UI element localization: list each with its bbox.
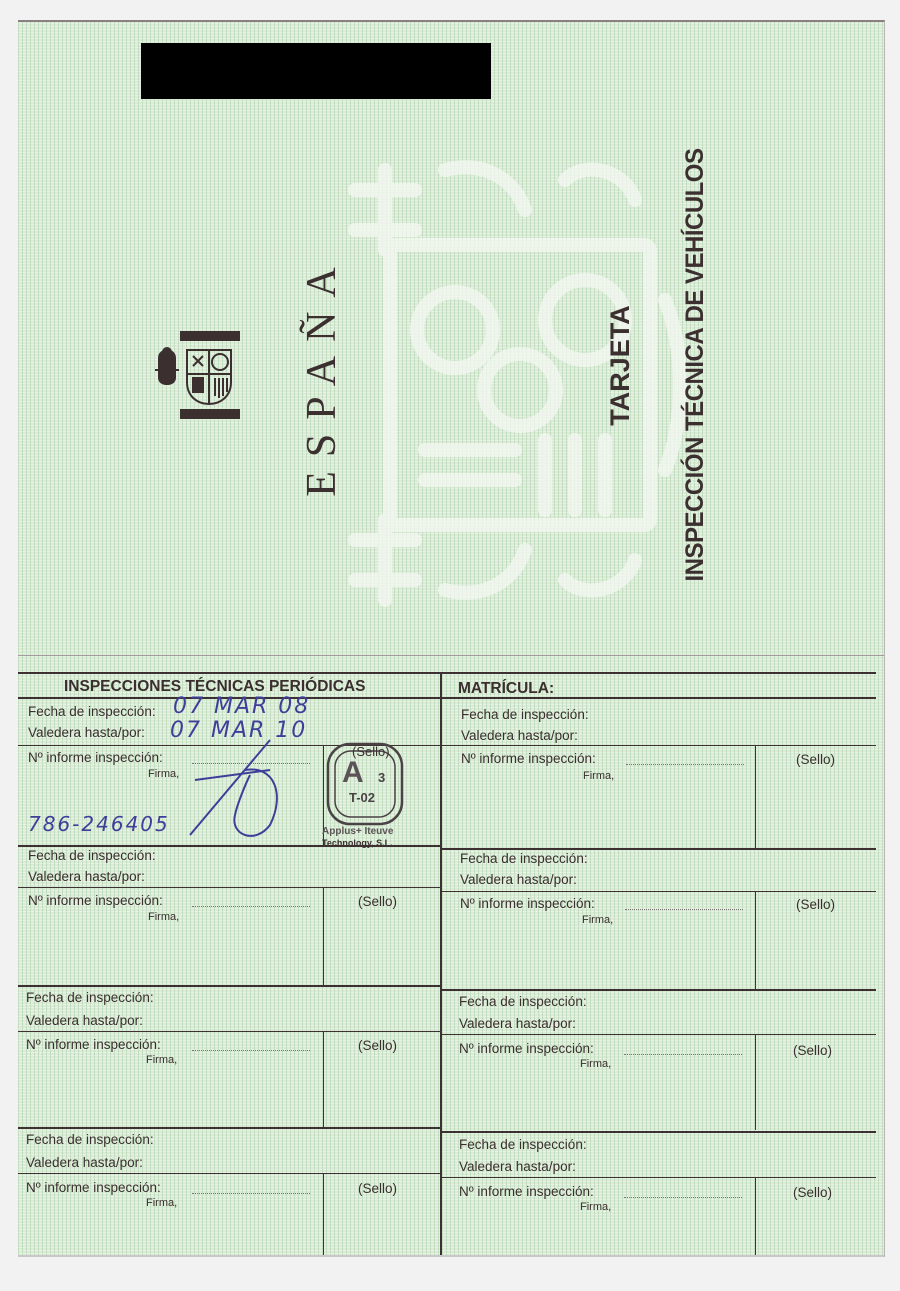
inspection-date-label: Fecha de inspección: [26, 990, 154, 1005]
stamp-code: T-02 [349, 790, 375, 805]
fold-line [18, 655, 884, 660]
valid-until-label: Valedera hasta/por: [26, 1155, 143, 1170]
card-subtitle-text: INSPECCIÓN TÉCNICA DE VEHÍCULOS [680, 149, 709, 582]
coat-of-arms-watermark [335, 150, 700, 620]
card-bottom-edge [18, 1255, 884, 1257]
signature-label: Firma, [582, 914, 613, 926]
inspection-date-label: Fecha de inspección: [26, 1132, 154, 1147]
country-text: ESPAÑA [298, 253, 346, 497]
grid-line [18, 985, 442, 987]
grid-line [440, 989, 876, 991]
seal-label: (Sello) [793, 1185, 832, 1200]
grid-line [440, 891, 876, 892]
signature-label: Firma, [580, 1201, 611, 1213]
grid-line [440, 1177, 876, 1178]
seal-label: (Sello) [796, 752, 835, 767]
seal-label: (Sello) [358, 1181, 397, 1196]
grid-line [440, 1034, 876, 1035]
report-number-dots[interactable] [624, 1197, 742, 1198]
seal-label: (Sello) [358, 1038, 397, 1053]
report-number-dots[interactable] [192, 906, 310, 907]
signature-label: Firma, [583, 770, 614, 782]
inspection-date-label: Fecha de inspección: [459, 994, 587, 1009]
coat-of-arms-icon [153, 330, 247, 420]
report-number-dots[interactable] [192, 1193, 310, 1194]
valid-until-label: Valedera hasta/por: [28, 725, 145, 740]
signature-label: Firma, [146, 1197, 177, 1209]
grid-line [323, 887, 324, 985]
report-number-dots[interactable] [192, 1050, 310, 1051]
report-number-label: Nº informe inspección: [459, 1184, 594, 1199]
report-number-value[interactable]: 786-246405 [28, 812, 170, 836]
plate-header: MATRÍCULA: [458, 680, 554, 698]
grid-line [755, 1177, 756, 1255]
grid-line [18, 1127, 442, 1129]
inspection-date-label: Fecha de inspección: [460, 851, 588, 866]
signature-label: Firma, [146, 1054, 177, 1066]
report-number-dots[interactable] [625, 909, 743, 910]
handwritten-signature [175, 735, 290, 845]
inspection-date-value[interactable]: 07 MAR 08 [173, 694, 310, 719]
seal-label: (Sello) [796, 897, 835, 912]
grid-line [18, 672, 876, 674]
report-number-label: Nº informe inspección: [459, 1041, 594, 1056]
stamp-number: 3 [378, 770, 385, 785]
stamp-company: Applus+ Iteuve [322, 826, 393, 837]
grid-line [18, 1173, 442, 1174]
grid-line [18, 697, 876, 699]
grid-line [323, 1031, 324, 1127]
inspection-date-label: Fecha de inspección: [461, 707, 589, 722]
grid-line [323, 1173, 324, 1255]
report-number-label: Nº informe inspección: [28, 750, 163, 765]
signature-label: Firma, [148, 911, 179, 923]
seal-label: (Sello) [358, 894, 397, 909]
grid-line [755, 891, 756, 989]
valid-until-label: Valedera hasta/por: [461, 728, 578, 743]
inspection-stamp: (Sello) A 3 T-02 Applus+ Iteuve Technolo… [318, 742, 418, 852]
grid-line [755, 1034, 756, 1130]
grid-line [755, 745, 756, 848]
seal-label: (Sello) [793, 1043, 832, 1058]
report-number-label: Nº informe inspección: [28, 893, 163, 908]
grid-line [18, 887, 442, 888]
inspection-date-label: Fecha de inspección: [459, 1137, 587, 1152]
stamp-company-line2: Technology, S.L. [322, 838, 393, 848]
inspection-date-label: Fecha de inspección: [28, 704, 156, 719]
report-number-label: Nº informe inspección: [26, 1037, 161, 1052]
report-number-label: Nº informe inspección: [26, 1180, 161, 1195]
valid-until-label: Valedera hasta/por: [26, 1013, 143, 1028]
stamp-letter: A [342, 756, 364, 790]
grid-line [440, 848, 876, 850]
report-number-dots[interactable] [624, 1054, 742, 1055]
inspection-date-label: Fecha de inspección: [28, 848, 156, 863]
report-number-label: Nº informe inspección: [461, 751, 596, 766]
country-title: ESPAÑA [292, 240, 352, 510]
valid-until-label: Valedera hasta/por: [28, 869, 145, 884]
column-divider [440, 672, 442, 1257]
signature-label: Firma, [580, 1058, 611, 1070]
valid-until-label: Valedera hasta/por: [460, 872, 577, 887]
grid-line [440, 745, 876, 746]
card-title: TARJETA [598, 290, 642, 440]
card-title-text: TARJETA [605, 305, 636, 426]
grid-line [18, 1031, 442, 1032]
grid-line [440, 1131, 876, 1133]
valid-until-label: Valedera hasta/por: [459, 1159, 576, 1174]
redacted-owner-block [141, 43, 491, 99]
card-subtitle: INSPECCIÓN TÉCNICA DE VEHÍCULOS [673, 140, 717, 590]
report-number-label: Nº informe inspección: [460, 896, 595, 911]
report-number-dots[interactable] [626, 764, 744, 765]
valid-until-label: Valedera hasta/por: [459, 1016, 576, 1031]
